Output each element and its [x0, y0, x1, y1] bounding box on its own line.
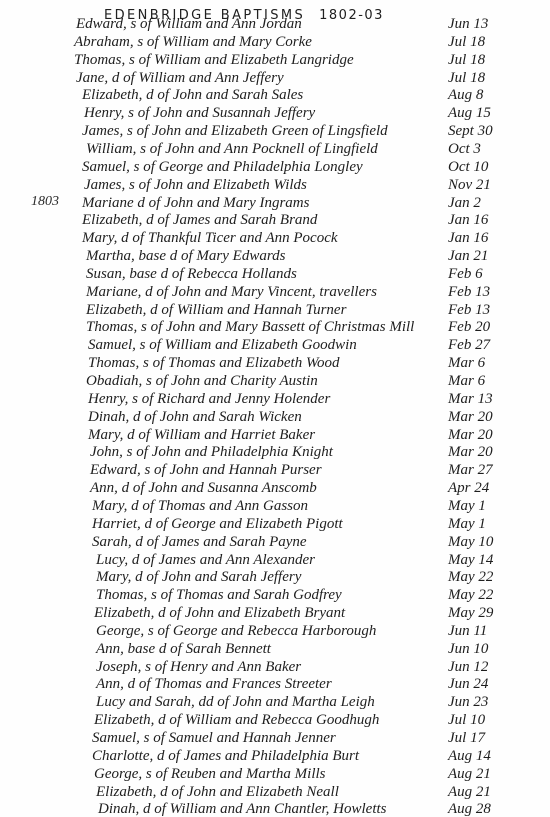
handwritten-register-page: EDENBRIDGE BAPTISMS1802-03 Edward, s of … — [0, 0, 550, 817]
list-item: Samuel, s of William and Elizabeth Goodw… — [0, 336, 550, 355]
list-item: Elizabeth, d of James and Sarah BrandJan… — [0, 211, 550, 230]
baptism-date: Mar 13 — [448, 390, 493, 409]
list-item: Henry, s of John and Susannah JefferyAug… — [0, 104, 550, 123]
baptism-date: Jul 18 — [448, 33, 485, 52]
baptism-entry-text: George, s of Reuben and Martha Mills — [94, 765, 326, 784]
list-item: Thomas, s of William and Elizabeth Langr… — [0, 51, 550, 70]
list-item: Thomas, s of Thomas and Sarah GodfreyMay… — [0, 586, 550, 605]
list-item: Elizabeth, d of John and Elizabeth Bryan… — [0, 604, 550, 623]
baptism-entry-text: John, s of John and Philadelphia Knight — [90, 443, 333, 462]
baptism-entry-text: Elizabeth, d of John and Elizabeth Neall — [96, 783, 339, 802]
baptism-entry-text: Susan, base d of Rebecca Hollands — [86, 265, 297, 284]
baptism-entry-text: Mary, d of William and Harriet Baker — [88, 426, 315, 445]
list-item: Dinah, d of John and Sarah WickenMar 20 — [0, 408, 550, 427]
baptism-entry-text: Dinah, d of William and Ann Chantler, Ho… — [98, 800, 387, 817]
baptism-date: May 1 — [448, 515, 486, 534]
baptism-entry-text: Lucy and Sarah, dd of John and Martha Le… — [96, 693, 375, 712]
list-item: Sarah, d of James and Sarah PayneMay 10 — [0, 533, 550, 552]
list-item: James, s of John and Elizabeth Green of … — [0, 122, 550, 141]
baptism-entry-text: Elizabeth, d of James and Sarah Brand — [82, 211, 317, 230]
list-item: Thomas, s of Thomas and Elizabeth WoodMa… — [0, 354, 550, 373]
baptism-date: Nov 21 — [448, 176, 491, 195]
baptism-entry-text: Charlotte, d of James and Philadelphia B… — [92, 747, 359, 766]
list-item: Abraham, s of William and Mary CorkeJul … — [0, 33, 550, 52]
baptism-entry-text: Mary, d of Thankful Ticer and Ann Pocock — [82, 229, 338, 248]
baptism-entry-text: Martha, base d of Mary Edwards — [86, 247, 285, 266]
baptism-date: Aug 21 — [448, 783, 491, 802]
baptism-date: Mar 6 — [448, 372, 485, 391]
baptism-date: Feb 13 — [448, 301, 490, 320]
baptism-entry-text: Samuel, s of William and Elizabeth Goodw… — [88, 336, 357, 355]
baptism-entry-text: Obadiah, s of John and Charity Austin — [86, 372, 318, 391]
year-marker: 1803 — [31, 194, 59, 210]
baptism-date: Jun 24 — [448, 675, 488, 694]
baptism-entry-text: Ann, d of Thomas and Frances Streeter — [96, 675, 332, 694]
list-item: Joseph, s of Henry and Ann BakerJun 12 — [0, 658, 550, 677]
baptism-date: Jun 23 — [448, 693, 488, 712]
baptism-entry-text: Joseph, s of Henry and Ann Baker — [96, 658, 301, 677]
baptism-entry-text: Mary, d of Thomas and Ann Gasson — [92, 497, 308, 516]
baptism-date: Sept 30 — [448, 122, 493, 141]
baptism-date: Jan 21 — [448, 247, 488, 266]
list-item: Edward, s of William and Ann JordanJun 1… — [0, 15, 550, 34]
baptism-entry-text: Elizabeth, d of John and Elizabeth Bryan… — [94, 604, 345, 623]
baptism-date: Feb 20 — [448, 318, 490, 337]
baptism-date: Aug 8 — [448, 86, 483, 105]
baptism-entry-text: William, s of John and Ann Pocknell of L… — [86, 140, 378, 159]
baptism-date: Mar 20 — [448, 408, 493, 427]
baptism-date: Jun 12 — [448, 658, 488, 677]
baptism-entry-text: Elizabeth, d of William and Hannah Turne… — [86, 301, 346, 320]
baptism-date: May 1 — [448, 497, 486, 516]
baptism-date: Jul 18 — [448, 69, 485, 88]
baptism-date: Jun 10 — [448, 640, 488, 659]
baptism-date: Jun 11 — [448, 622, 487, 641]
baptism-entry-text: Mariane, d of John and Mary Vincent, tra… — [86, 283, 377, 302]
list-item: Samuel, s of Samuel and Hannah JennerJul… — [0, 729, 550, 748]
baptism-date: Mar 20 — [448, 443, 493, 462]
baptism-date: Aug 15 — [448, 104, 491, 123]
baptism-date: Oct 10 — [448, 158, 488, 177]
baptism-entry-text: Ann, d of John and Susanna Anscomb — [90, 479, 317, 498]
list-item: Mary, d of Thomas and Ann GassonMay 1 — [0, 497, 550, 516]
list-item: John, s of John and Philadelphia KnightM… — [0, 443, 550, 462]
list-item: Ann, d of Thomas and Frances StreeterJun… — [0, 675, 550, 694]
list-item: William, s of John and Ann Pocknell of L… — [0, 140, 550, 159]
list-item: Ann, base d of Sarah BennettJun 10 — [0, 640, 550, 659]
list-item: Charlotte, d of James and Philadelphia B… — [0, 747, 550, 766]
baptism-entry-text: Edward, s of John and Hannah Purser — [90, 461, 322, 480]
baptism-entry-text: James, s of John and Elizabeth Green of … — [82, 122, 388, 141]
baptism-date: May 29 — [448, 604, 493, 623]
baptism-date: Feb 6 — [448, 265, 483, 284]
list-item: Lucy and Sarah, dd of John and Martha Le… — [0, 693, 550, 712]
list-item: Edward, s of John and Hannah PurserMar 2… — [0, 461, 550, 480]
baptism-date: Jan 16 — [448, 229, 488, 248]
list-item: Martha, base d of Mary EdwardsJan 21 — [0, 247, 550, 266]
list-item: Jane, d of William and Ann JefferyJul 18 — [0, 69, 550, 88]
baptism-date: Jun 13 — [448, 15, 488, 34]
baptism-date: Jul 17 — [448, 729, 485, 748]
list-item: Obadiah, s of John and Charity AustinMar… — [0, 372, 550, 391]
baptism-entry-text: Sarah, d of James and Sarah Payne — [92, 533, 307, 552]
baptism-entry-text: Mariane d of John and Mary Ingrams — [82, 194, 309, 213]
list-item: Thomas, s of John and Mary Bassett of Ch… — [0, 318, 550, 337]
list-item: Samuel, s of George and Philadelphia Lon… — [0, 158, 550, 177]
baptism-entry-text: Mary, d of John and Sarah Jeffery — [96, 568, 301, 587]
list-item: Lucy, d of James and Ann AlexanderMay 14 — [0, 551, 550, 570]
baptism-date: Jan 2 — [448, 194, 481, 213]
baptism-date: Jul 18 — [448, 51, 485, 70]
baptism-date: Aug 28 — [448, 800, 491, 817]
baptism-date: Jan 16 — [448, 211, 488, 230]
list-item: Ann, d of John and Susanna AnscombApr 24 — [0, 479, 550, 498]
list-item: Henry, s of Richard and Jenny HolenderMa… — [0, 390, 550, 409]
list-item: Mary, d of Thankful Ticer and Ann Pocock… — [0, 229, 550, 248]
baptism-date: May 10 — [448, 533, 493, 552]
baptism-date: Feb 27 — [448, 336, 490, 355]
baptism-entry-text: Thomas, s of John and Mary Bassett of Ch… — [86, 318, 414, 337]
baptism-date: Mar 27 — [448, 461, 493, 480]
baptism-entry-text: Elizabeth, d of William and Rebecca Good… — [94, 711, 379, 730]
baptism-entry-text: James, s of John and Elizabeth Wilds — [84, 176, 307, 195]
list-item: Mary, d of John and Sarah JefferyMay 22 — [0, 568, 550, 587]
baptism-date: May 22 — [448, 586, 493, 605]
list-item: Susan, base d of Rebecca HollandsFeb 6 — [0, 265, 550, 284]
baptism-date: May 14 — [448, 551, 493, 570]
baptism-entry-text: Dinah, d of John and Sarah Wicken — [88, 408, 302, 427]
list-item: Dinah, d of William and Ann Chantler, Ho… — [0, 800, 550, 817]
list-item: George, s of George and Rebecca Harborou… — [0, 622, 550, 641]
baptism-entry-text: Samuel, s of George and Philadelphia Lon… — [82, 158, 363, 177]
baptism-entry-text: George, s of George and Rebecca Harborou… — [96, 622, 376, 641]
list-item: Elizabeth, d of William and Hannah Turne… — [0, 301, 550, 320]
baptism-date: Aug 14 — [448, 747, 491, 766]
list-item: Elizabeth, d of John and Sarah SalesAug … — [0, 86, 550, 105]
baptism-date: Mar 6 — [448, 354, 485, 373]
baptism-entry-text: Elizabeth, d of John and Sarah Sales — [82, 86, 303, 105]
list-item: James, s of John and Elizabeth WildsNov … — [0, 176, 550, 195]
baptism-entry-text: Harriet, d of George and Elizabeth Pigot… — [92, 515, 343, 534]
baptism-entry-text: Abraham, s of William and Mary Corke — [74, 33, 312, 52]
list-item: Harriet, d of George and Elizabeth Pigot… — [0, 515, 550, 534]
list-item: Elizabeth, d of John and Elizabeth Neall… — [0, 783, 550, 802]
baptism-entry-text: Lucy, d of James and Ann Alexander — [96, 551, 315, 570]
baptism-entry-text: Henry, s of Richard and Jenny Holender — [88, 390, 330, 409]
baptism-date: Oct 3 — [448, 140, 481, 159]
baptism-entry-text: Ann, base d of Sarah Bennett — [96, 640, 271, 659]
baptism-entry-text: Jane, d of William and Ann Jeffery — [76, 69, 284, 88]
baptism-date: Apr 24 — [448, 479, 489, 498]
baptism-entry-text: Thomas, s of William and Elizabeth Langr… — [74, 51, 354, 70]
baptism-entry-text: Samuel, s of Samuel and Hannah Jenner — [92, 729, 336, 748]
list-item: Mariane, d of John and Mary Vincent, tra… — [0, 283, 550, 302]
baptism-date: Jul 10 — [448, 711, 485, 730]
baptism-date: Mar 20 — [448, 426, 493, 445]
list-item: Mariane d of John and Mary IngramsJan 2 — [0, 194, 550, 213]
baptism-entry-text: Henry, s of John and Susannah Jeffery — [84, 104, 315, 123]
baptism-entry-text: Thomas, s of Thomas and Sarah Godfrey — [96, 586, 342, 605]
list-item: Elizabeth, d of William and Rebecca Good… — [0, 711, 550, 730]
baptism-date: Aug 21 — [448, 765, 491, 784]
baptism-entry-text: Thomas, s of Thomas and Elizabeth Wood — [88, 354, 340, 373]
baptism-date: May 22 — [448, 568, 493, 587]
list-item: George, s of Reuben and Martha MillsAug … — [0, 765, 550, 784]
baptism-entry-text: Edward, s of William and Ann Jordan — [76, 15, 302, 34]
baptism-date: Feb 13 — [448, 283, 490, 302]
list-item: Mary, d of William and Harriet BakerMar … — [0, 426, 550, 445]
